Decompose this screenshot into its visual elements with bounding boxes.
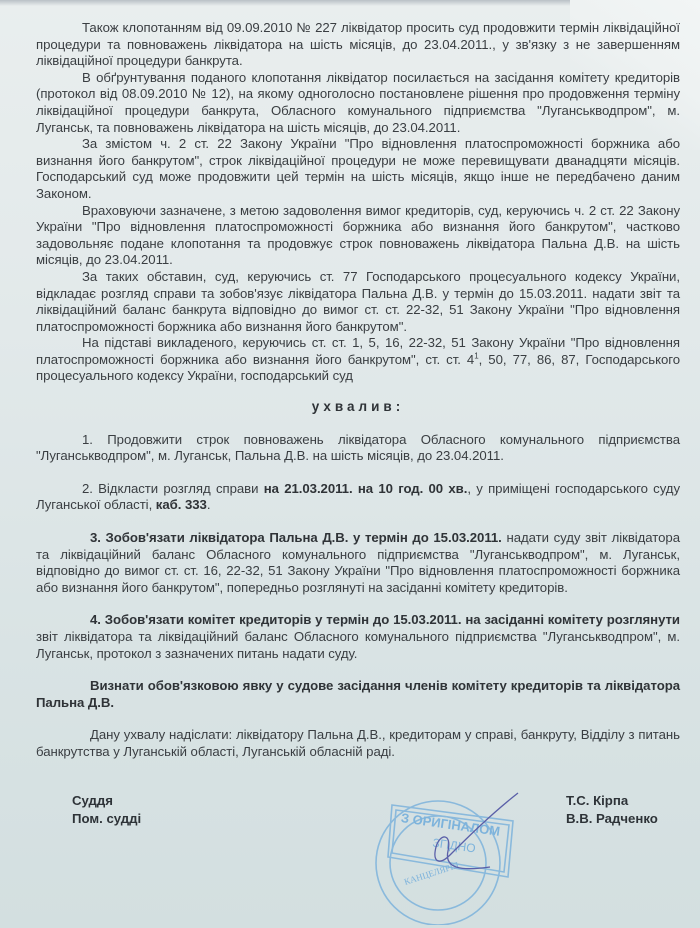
ruling-heading: ухвалив:: [36, 399, 680, 416]
title-assistant: Пом. судді: [72, 810, 141, 828]
item4-bold: 4. Зобов'язати комітет кредиторів у терм…: [90, 612, 680, 627]
item2-end: .: [207, 497, 211, 512]
item2-room: каб. 333: [156, 497, 207, 512]
paragraph-motion: Також клопотанням від 09.09.2010 № 227 л…: [36, 20, 680, 70]
svg-text:ЗГІДНО: ЗГІДНО: [432, 836, 477, 856]
svg-text:З ОРИГІНАЛОМ: З ОРИГІНАЛОМ: [400, 810, 501, 839]
photo-top-shadow: [0, 0, 700, 6]
official-stamp-icon: З ОРИГІНАЛОМ ЗГІДНО КАНЦЕЛЯРІЯ: [370, 785, 520, 925]
paragraph-justification: В обґрунтування поданого клопотання лікв…: [36, 70, 680, 136]
paragraph-law-content: За змістом ч. 2 ст. 22 Закону України "П…: [36, 136, 680, 202]
paragraph-circumstances: За таких обставин, суд, керуючись ст. 77…: [36, 269, 680, 335]
item2-date: на 21.03.2011. на 10 год. 00 хв.: [264, 481, 468, 496]
paragraph-basis: На підставі викладеного, керуючись ст. с…: [36, 335, 680, 385]
distribution-paragraph: Дану ухвалу надіслати: ліквідатору Пальн…: [36, 727, 680, 760]
title-judge: Суддя: [72, 792, 141, 810]
ruling-item-1: 1. Продовжити строк повноважень ліквідат…: [36, 432, 680, 465]
ruling-item-4: 4. Зобов'язати комітет кредиторів у терм…: [36, 612, 680, 662]
ruling-item-3: 3. Зобов'язати ліквідатора Пальна Д.В. у…: [36, 530, 680, 596]
name-assistant: В.В. Радченко: [566, 810, 658, 828]
item4-text: звіт ліквідатора та ліквідаційний баланс…: [36, 629, 680, 661]
item2-text: 2. Відкласти розгляд справи: [82, 481, 264, 496]
attendance-paragraph: Визнати обов'язковою явку у судове засід…: [36, 678, 680, 711]
court-ruling-page: Також клопотанням від 09.09.2010 № 227 л…: [36, 20, 680, 761]
signature-names: Т.С. Кірпа В.В. Радченко: [566, 792, 658, 828]
ruling-item-2: 2. Відкласти розгляд справи на 21.03.201…: [36, 481, 680, 514]
name-judge: Т.С. Кірпа: [566, 792, 658, 810]
item3-bold: 3. Зобов'язати ліквідатора Пальна Д.В. у…: [90, 530, 502, 545]
signature-titles: Суддя Пом. судді: [72, 792, 141, 828]
paragraph-considering: Враховуючи зазначене, з метою задоволенн…: [36, 203, 680, 269]
